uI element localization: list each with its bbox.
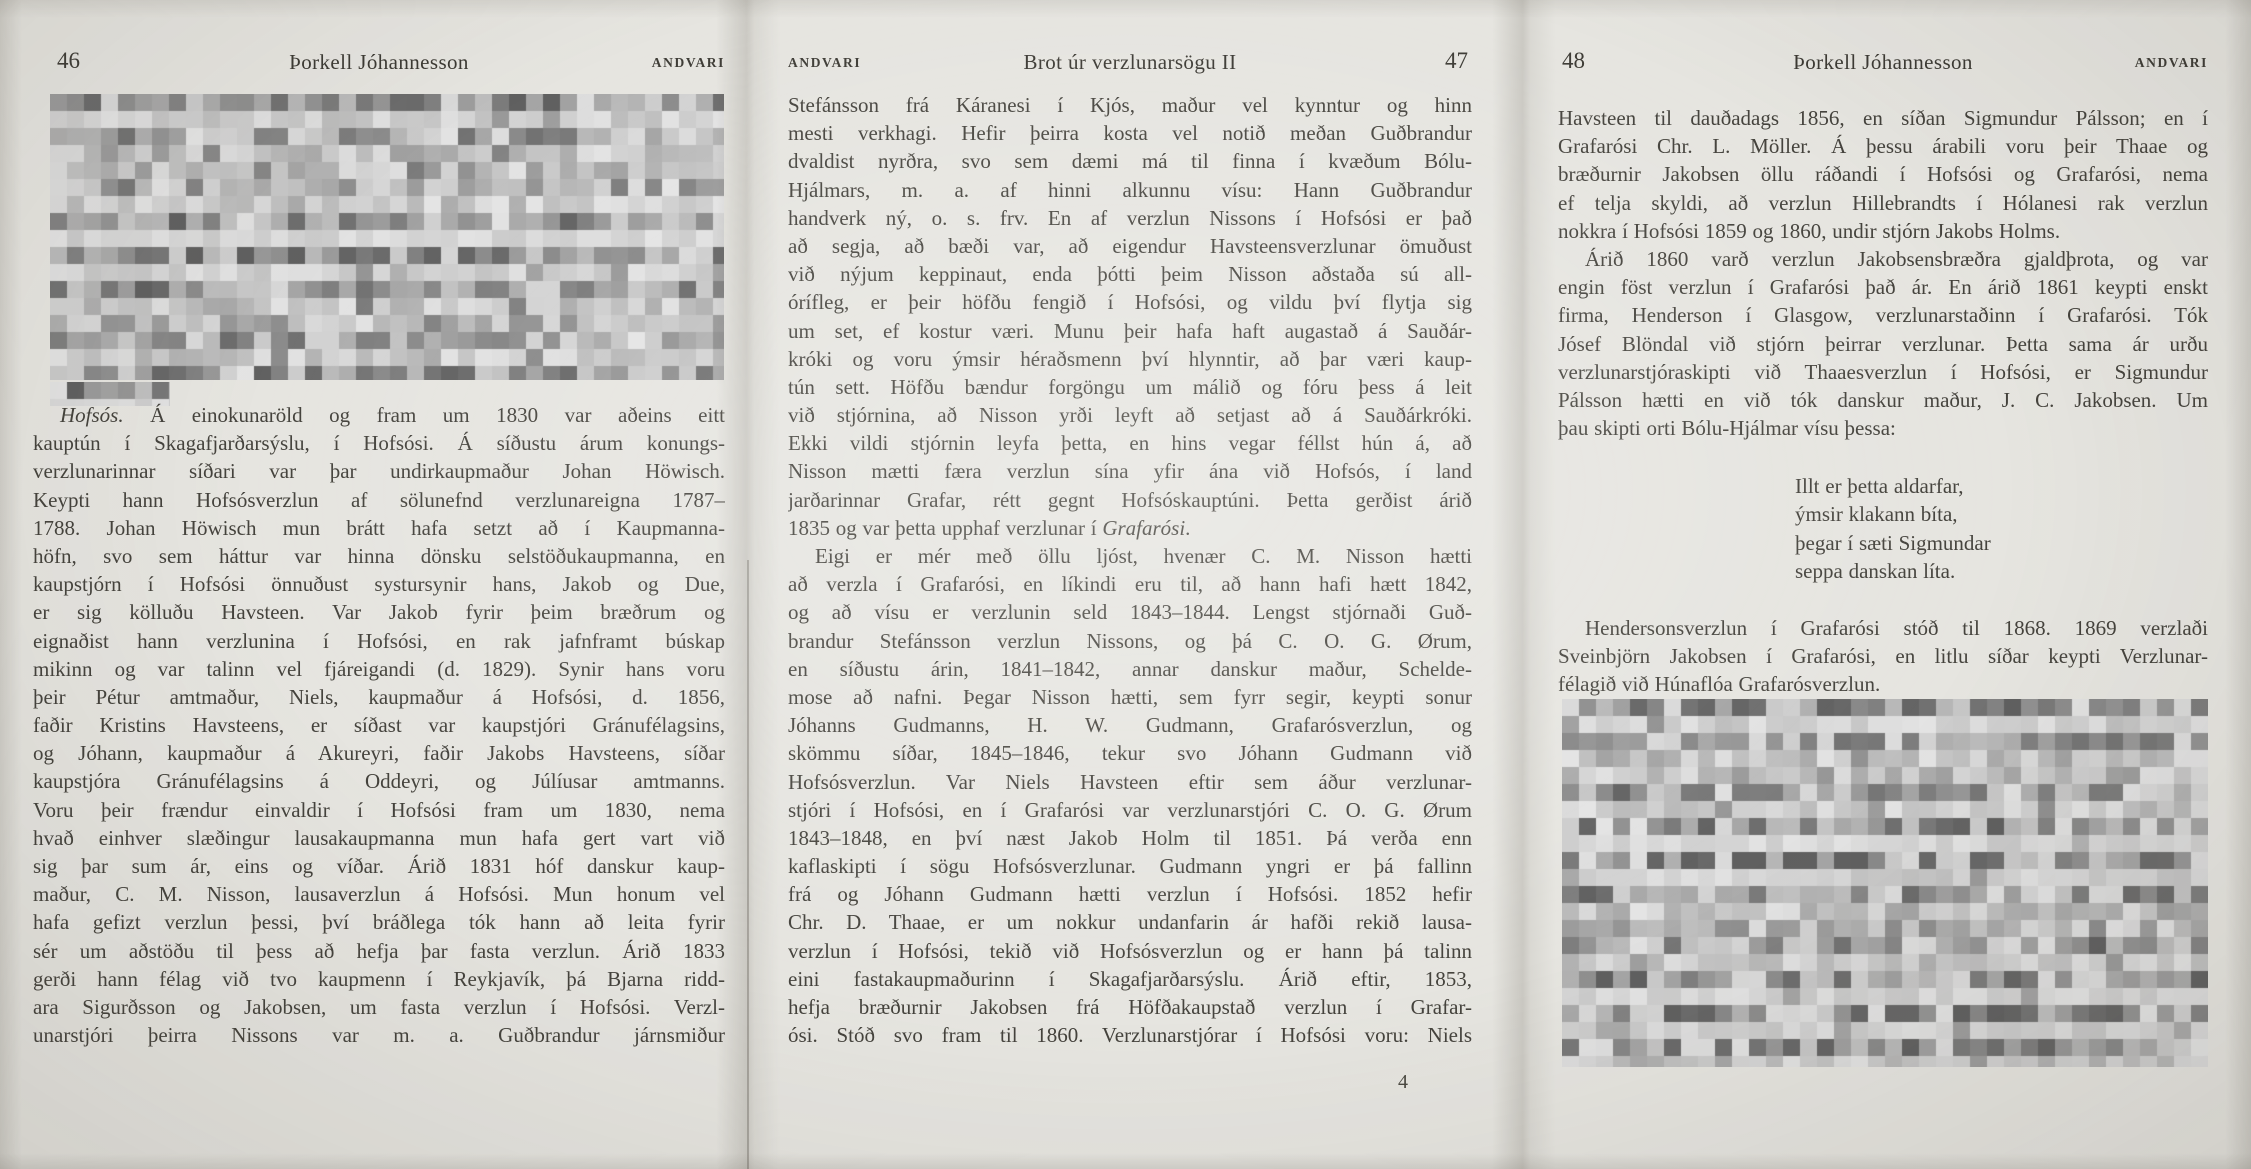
text-line: jarðarinnar Grafar, rétt gegnt Hofsóskau… (788, 486, 1472, 514)
text-line: þegar í sæti Sigmundar (1795, 529, 2208, 557)
text-line: Árið 1860 varð verzlun Jakobsensbræðra g… (1558, 245, 2208, 273)
page-48-text-column: Havsteen til dauðadags 1856, en síðan Si… (1558, 104, 2208, 699)
text-line: bræðurnir Jakobsen öllu ráðandi í Hofsós… (1558, 160, 2208, 188)
text-line: hafa gefizt verzlun þessi, því bráðlega … (33, 908, 725, 936)
journal-name: ANDVARI (652, 55, 725, 71)
gutter-fold-line (747, 560, 749, 1169)
text-line: ósi. Stóð svo fram til 1860. Verzlunarst… (788, 1021, 1472, 1049)
text-line: dvaldist nyrðra, svo sem dæmi má til fin… (788, 147, 1472, 175)
text-line: brandur Stefánsson verzlun Nissons, og þ… (788, 627, 1472, 655)
text-line: að segja, að bæði var, að eigendur Havst… (788, 232, 1472, 260)
text-line: frá og Jóhann Gudmann hætti verzlun í Ho… (788, 880, 1472, 908)
text-line: höfn, svo sem háttur var hinna dönsku se… (33, 542, 725, 570)
text-line: kaupstjóra Gránufélagsins á Oddeyri, og … (33, 767, 725, 795)
page-48-paragraphs-2: Hendersonsverzlun í Grafarósi stóð til 1… (1558, 614, 2208, 699)
text-line: faðir Kristins Havsteens, er síðast var … (33, 711, 725, 739)
page-47-text-column: Stefánsson frá Káranesi í Kjós, maður ve… (788, 91, 1472, 1049)
text-line: Eigi er mér með öllu ljóst, hvenær C. M.… (788, 542, 1472, 570)
text-line: og að vísu er verzlunin seld 1843–1844. … (788, 598, 1472, 626)
text-line: mesti verkhagi. Hefir þeirra kosta vel n… (788, 119, 1472, 147)
text-line: Jóhanns Gudmanns, H. W. Gudmann, Grafaró… (788, 711, 1472, 739)
redacted-text-block (50, 94, 724, 380)
text-line: Havsteen til dauðadags 1856, en síðan Si… (1558, 104, 2208, 132)
text-line: Voru þeir frændur einvaldir í Hofsósi fr… (33, 796, 725, 824)
text-line: Illt er þetta aldarfar, (1795, 472, 2208, 500)
page-48-header: 48 Þorkell Jóhannesson ANDVARI (1558, 48, 2208, 78)
text-line: gerði hann félag við tvo kaupmenn í Reyk… (33, 965, 725, 993)
text-line: Nisson mætti færa verzlun sína yfir ána … (788, 457, 1472, 485)
text-line: kaflaskipti í sögu Hofsósverzlunar. Gudm… (788, 852, 1472, 880)
text-line: handverk ný, o. s. frv. En af verzlun Ni… (788, 204, 1472, 232)
text-line: við stjórnina, að Nisson yrði leyft að s… (788, 401, 1472, 429)
text-line: Keypti hann Hofsósverzlun af sölunefnd v… (33, 486, 725, 514)
running-title: Þorkell Jóhannesson (1558, 50, 2208, 75)
redacted-text-block (1562, 699, 2208, 1067)
text-line: Jósef Blöndal við stjórn þeirrar verzlun… (1558, 330, 2208, 358)
text-line: Grafarósi Chr. L. Möller. Á þessu árabil… (1558, 132, 2208, 160)
page-47-header: ANDVARI Brot úr verzlunarsögu II 47 (788, 48, 1472, 78)
text-line: mikinn og var talinn vel fjáreigandi (d.… (33, 655, 725, 683)
text-line: en síðustu árin, 1841–1842, annar dansku… (788, 655, 1472, 683)
text-line: Pálsson hætti en við tók danskur maður, … (1558, 386, 2208, 414)
text-line: Sveinbjörn Jakobsen í Grafarósi, en litl… (1558, 642, 2208, 670)
text-line: engin föst verzlun í Grafarósi það ár. E… (1558, 273, 2208, 301)
text-line: Hofsósverzlun. Var Niels Havsteen eftir … (788, 768, 1472, 796)
text-line: Ekki vildi stjórnin leyfa þetta, en hins… (788, 429, 1472, 457)
text-line: unarstjóri þeirra Nissons var m. a. Guðb… (33, 1021, 725, 1049)
text-line: tún sett. Höfðu bændur forgöngu um málið… (788, 373, 1472, 401)
text-line: firma, Henderson í Glasgow, verzlunarsta… (1558, 301, 2208, 329)
text-line: eini fastakaupmaðurinn í Skagafjarðarsýs… (788, 965, 1472, 993)
text-line: við nýjum keppinaut, enda þótti þeim Nis… (788, 260, 1472, 288)
page-46-header: 46 Þorkell Jóhannesson ANDVARI (33, 48, 725, 78)
text-line: mose að nafni. Þegar Nisson hætti, sem f… (788, 683, 1472, 711)
text-line: eignaðist hann verzlunina í Hofsósi, en … (33, 627, 725, 655)
text-line: og Jóhann, kaupmaður á Akureyri, faðir J… (33, 739, 725, 767)
text-line: verzlunarstjóraskipti við Thaaesverzlun … (1558, 358, 2208, 386)
text-line: Hjálmars, m. a. af hinni alkunnu vísu: H… (788, 176, 1472, 204)
poem-bolu-hjalmar: Illt er þetta aldarfar,ýmsir klakann bít… (1795, 472, 2208, 585)
text-line: seppa danskan líta. (1795, 557, 2208, 585)
text-line: stjóri í Hofsósi, en í Grafarósi var ver… (788, 796, 1472, 824)
text-line: 1835 og var þetta upphaf verzlunar í Gra… (788, 514, 1472, 542)
page-48-paragraphs-1: Havsteen til dauðadags 1856, en síðan Si… (1558, 104, 2208, 442)
text-line: að verzla í Grafarósi, en líkindi eru ti… (788, 570, 1472, 598)
signature-mark: 4 (1398, 1071, 1408, 1094)
text-line: króki og voru ýmsir héraðsmenn því hlynn… (788, 345, 1472, 373)
text-line: félagið við Húnaflóa Grafarósverzlun. (1558, 670, 2208, 698)
text-line: verzlunarinnar síðari var þar undirkaupm… (33, 457, 725, 485)
text-line: þeir Pétur amtmaður, Niels, kaupmaður á … (33, 683, 725, 711)
page-gutter-shadow (1492, 0, 1556, 1169)
text-line: kauptún í Skagafjarðarsýslu, í Hofsósi. … (33, 429, 725, 457)
text-line: sig þar sum ár, eins og víðar. Árið 1831… (33, 852, 725, 880)
text-line: þau skipti orti Bólu-Hjálmar vísu þessa: (1558, 414, 2208, 442)
running-title: Þorkell Jóhannesson (33, 50, 725, 75)
text-line: Chr. D. Thaae, er um nokkur undanfarin á… (788, 908, 1472, 936)
running-title: Brot úr verzlunarsögu II (788, 50, 1472, 75)
text-line: Hendersonsverzlun í Grafarósi stóð til 1… (1558, 614, 2208, 642)
text-line: hvað einhver slæðingur lausakaupmanna mu… (33, 824, 725, 852)
text-line: ef telja skyldi, að verzlun Hillebrandts… (1558, 189, 2208, 217)
text-line: ara Sigurðsson og Jakobsen, um fasta ver… (33, 993, 725, 1021)
text-line: maður, C. M. Nisson, lausaverzlun á Hofs… (33, 880, 725, 908)
scanned-book-spread: 46 Þorkell Jóhannesson ANDVARI Hofsós. Á… (0, 0, 2251, 1169)
page-number: 47 (1445, 48, 1468, 74)
text-line: nokkra í Hofsósi 1859 og 1860, undir stj… (1558, 217, 2208, 245)
text-line: er sig kölluðu Havsteen. Var Jakob fyrir… (33, 598, 725, 626)
journal-name: ANDVARI (2135, 55, 2208, 71)
text-line: um set, ef kostur væri. Munu þeir hafa h… (788, 317, 1472, 345)
text-line: Hofsós. Á einokunaröld og fram um 1830 v… (33, 401, 725, 429)
text-line: skömmu síðar, 1845–1846, tekur svo Jóhan… (788, 739, 1472, 767)
page-gutter-shadow (716, 0, 780, 1169)
text-line: kaupstjórn í Hofsósi önnuðust systursyni… (33, 570, 725, 598)
text-line: verzlun í Hofsósi, tekið við Hofsósverzl… (788, 937, 1472, 965)
page-46-text-column: Hofsós. Á einokunaröld og fram um 1830 v… (33, 401, 725, 1049)
text-line: hefja bræðurnir Jakobsen frá Höfðakaupst… (788, 993, 1472, 1021)
text-line: 1788. Johan Höwisch mun brátt hafa setzt… (33, 514, 725, 542)
text-line: ýmsir klakann bíta, (1795, 500, 2208, 528)
text-line: órífleg, er þeir höfðu fengið í Hofsósi,… (788, 288, 1472, 316)
text-line: 1843–1848, en því næst Jakob Holm til 18… (788, 824, 1472, 852)
text-line: sér um aðstöðu til þess að hefja þar fas… (33, 937, 725, 965)
text-line: Stefánsson frá Káranesi í Kjós, maður ve… (788, 91, 1472, 119)
